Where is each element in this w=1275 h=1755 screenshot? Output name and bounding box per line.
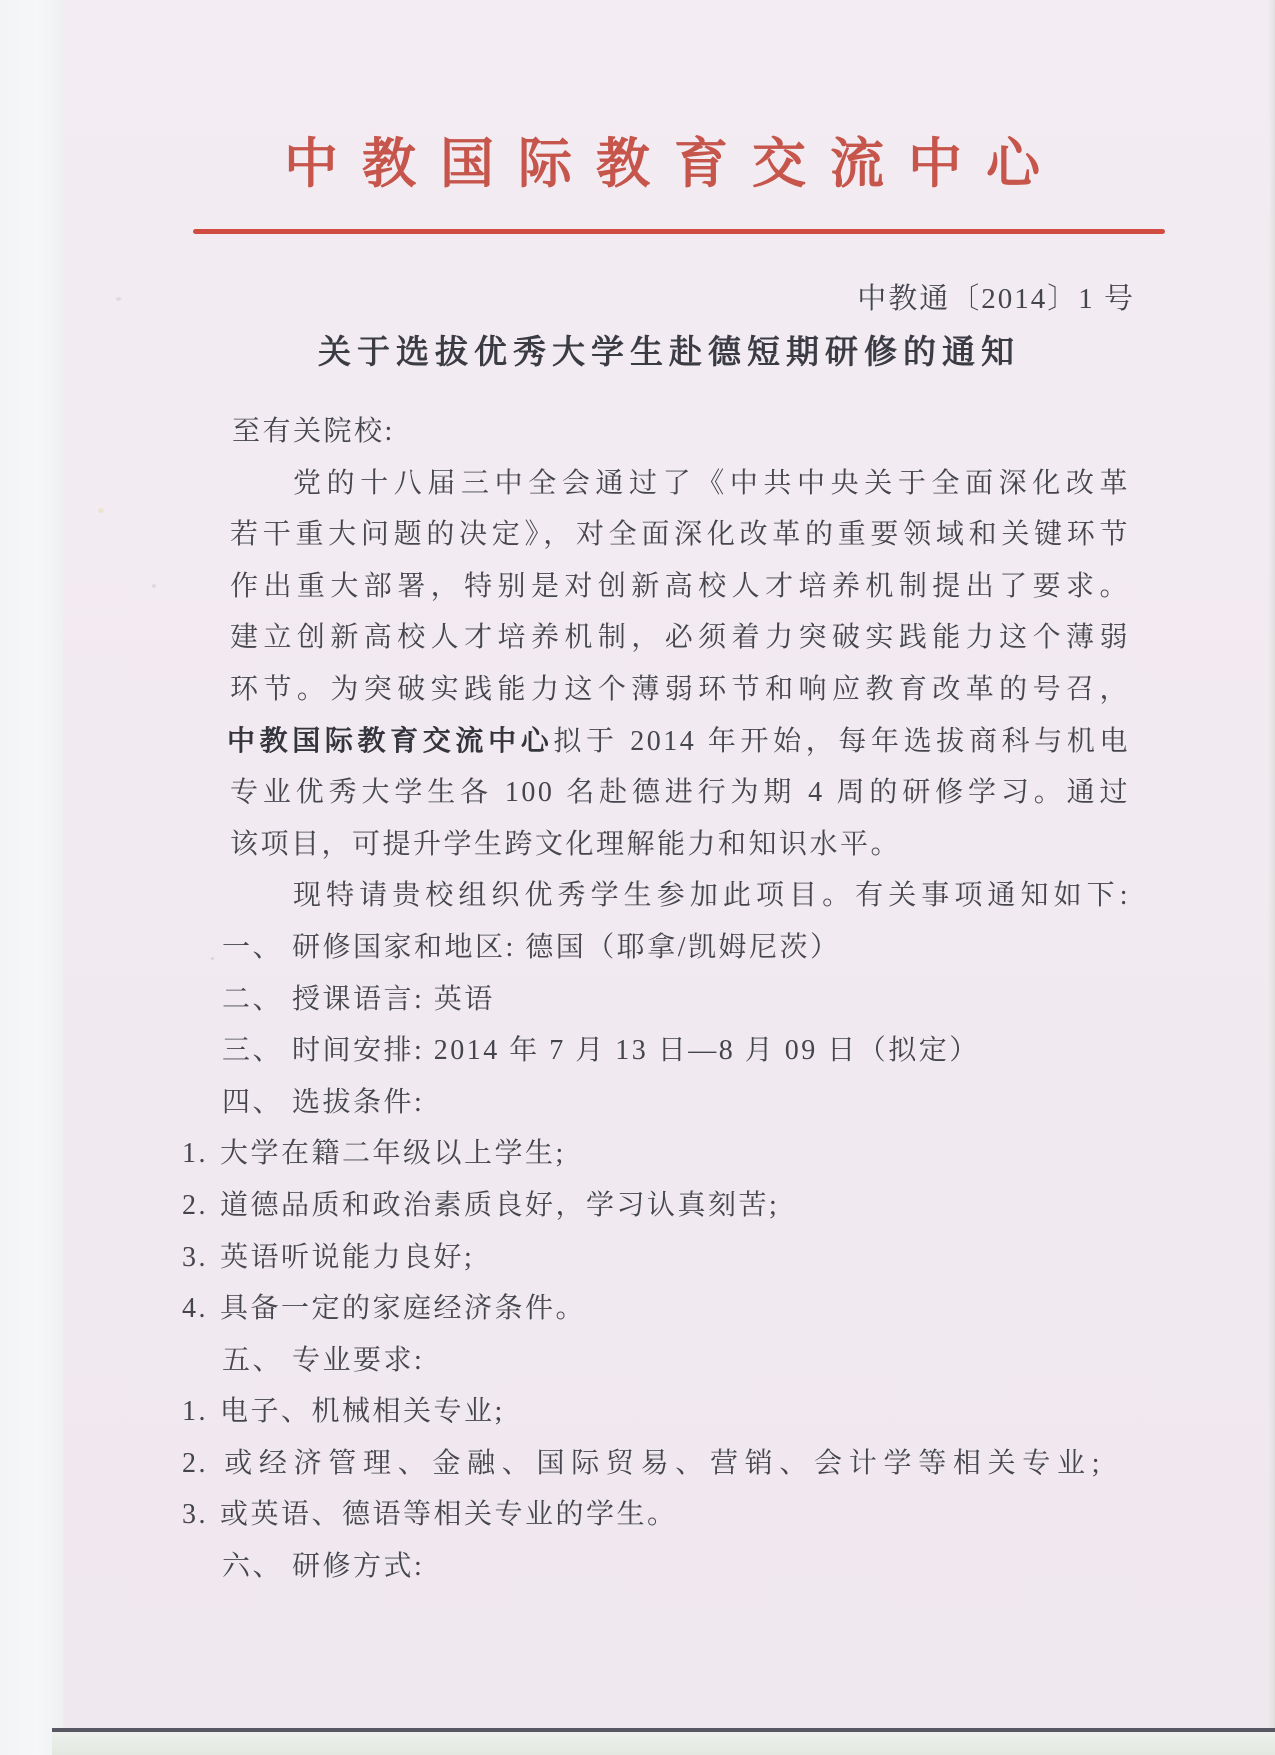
scan-speck <box>116 297 121 301</box>
line-text: 至有关院校: <box>232 416 395 447</box>
masthead-rule <box>193 229 1165 234</box>
scanner-bed-left-strip <box>0 0 63 1755</box>
line-text: 道德品质和政治素质良好，学习认真刻苦; <box>220 1190 779 1221</box>
body-line: 党的十八届三中全会通过了《中共中央关于全面深化改革 <box>63 458 1130 510</box>
line-text: 建立创新高校人才培养机制，必须着力突破实践能力这个薄弱 <box>230 622 1130 653</box>
line-text: 时间安排: 2014 年 7 月 13 日—8 月 09 日（拟定） <box>292 1035 980 1066</box>
notice-body: 至有关院校:党的十八届三中全会通过了《中共中央关于全面深化改革若干重大问题的决定… <box>63 406 1275 1593</box>
line-text: 选拔条件: <box>292 1087 424 1118</box>
line-label: 二、 <box>222 974 292 1026</box>
line-text: 作出重大部署，特别是对创新高校人才培养机制提出了要求。 <box>230 571 1130 602</box>
line-text: 具备一定的家庭经济条件。 <box>220 1293 586 1324</box>
line-text: 专业要求: <box>292 1345 424 1376</box>
line-label: 五、 <box>222 1335 292 1387</box>
body-line: 2.道德品质和政治素质良好，学习认真刻苦; <box>63 1180 1275 1232</box>
body-line: 四、选拔条件: <box>63 1077 1275 1129</box>
paper-right-edge-shadow <box>1268 0 1275 1728</box>
body-line: 3.或英语、德语等相关专业的学生。 <box>63 1489 1275 1541</box>
doc-title: 关于选拔优秀大学生赴德短期研修的通知 <box>63 326 1269 373</box>
line-text: 大学在籍二年级以上学生; <box>220 1138 566 1169</box>
line-text: 党的十八届三中全会通过了《中共中央关于全面深化改革 <box>293 468 1130 499</box>
line-label: 3. <box>182 1489 220 1541</box>
line-text: 该项目，可提升学生跨文化理解能力和知识水平。 <box>230 829 901 860</box>
line-label: 2. <box>182 1438 220 1490</box>
doc-number: 中教通〔2014〕1 号 <box>857 276 1135 317</box>
body-line: 1.电子、机械相关专业; <box>63 1386 1275 1438</box>
body-line: 1.大学在籍二年级以上学生; <box>63 1128 1275 1180</box>
body-line: 专业优秀大学生各 100 名赴德进行为期 4 周的研修学习。通过 <box>63 767 1130 819</box>
body-line: 2.或经济管理、金融、国际贸易、营销、会计学等相关专业; <box>63 1438 1102 1490</box>
body-line: 该项目，可提升学生跨文化理解能力和知识水平。 <box>63 819 1275 871</box>
body-line: 三、时间安排: 2014 年 7 月 13 日—8 月 09 日（拟定） <box>63 1025 1275 1077</box>
body-line: 4.具备一定的家庭经济条件。 <box>63 1283 1275 1335</box>
scan-speck <box>211 957 214 960</box>
line-text: 研修国家和地区: 德国（耶拿/凯姆尼茨） <box>292 932 841 963</box>
line-label: 1. <box>182 1128 220 1180</box>
scan-speck <box>98 508 104 513</box>
line-text: 若干重大问题的决定》，对全面深化改革的重要领域和关键环节 <box>230 519 1130 550</box>
line-label: 1. <box>182 1386 220 1438</box>
body-line: 作出重大部署，特别是对创新高校人才培养机制提出了要求。 <box>63 561 1130 613</box>
line-label: 六、 <box>222 1541 292 1593</box>
body-line: 若干重大问题的决定》，对全面深化改革的重要领域和关键环节 <box>63 509 1130 561</box>
line-text: 拟于 2014 年开始，每年选拔商科与机电 <box>553 726 1130 757</box>
line-text: 研修方式: <box>292 1551 424 1582</box>
body-line: 五、专业要求: <box>63 1335 1275 1387</box>
body-line: 中教国际教育交流中心拟于 2014 年开始，每年选拔商科与机电 <box>63 716 1130 768</box>
org-name-heading: 中教国际教育交流中心 <box>63 134 1261 194</box>
line-text: 专业优秀大学生各 100 名赴德进行为期 4 周的研修学习。通过 <box>230 777 1130 808</box>
bold-org-name-inline: 中教国际教育交流中心 <box>227 726 553 757</box>
scan-speck <box>1006 892 1009 895</box>
line-label: 2. <box>182 1180 220 1232</box>
body-line: 六、研修方式: <box>63 1541 1275 1593</box>
line-label: 一、 <box>222 922 292 974</box>
body-line: 环节。为突破实践能力这个薄弱环节和响应教育改革的号召， <box>63 664 1130 716</box>
body-line: 建立创新高校人才培养机制，必须着力突破实践能力这个薄弱 <box>63 612 1130 664</box>
line-text: 环节。为突破实践能力这个薄弱环节和响应教育改革的号召， <box>230 674 1130 705</box>
line-text: 现特请贵校组织优秀学生参加此项目。有关事项通知如下: <box>293 880 1130 911</box>
body-line: 至有关院校: <box>63 406 1275 458</box>
scanner-bed-bottom-strip <box>52 1732 1275 1755</box>
scan-speck <box>152 584 156 588</box>
line-label: 三、 <box>222 1025 292 1077</box>
body-line: 一、研修国家和地区: 德国（耶拿/凯姆尼茨） <box>63 922 1275 974</box>
line-label: 4. <box>182 1283 220 1335</box>
line-label: 3. <box>182 1232 220 1284</box>
line-label: 四、 <box>222 1077 292 1129</box>
notice-paper: 中教国际教育交流中心 中教通〔2014〕1 号 关于选拔优秀大学生赴德短期研修的… <box>63 0 1275 1728</box>
line-text: 授课语言: 英语 <box>292 984 495 1015</box>
line-text: 或英语、德语等相关专业的学生。 <box>220 1499 678 1530</box>
scanned-notice-page: 中教国际教育交流中心 中教通〔2014〕1 号 关于选拔优秀大学生赴德短期研修的… <box>0 0 1275 1755</box>
body-line: 现特请贵校组织优秀学生参加此项目。有关事项通知如下: <box>63 870 1130 922</box>
line-text: 或经济管理、金融、国际贸易、营销、会计学等相关专业; <box>220 1448 1102 1479</box>
line-text: 电子、机械相关专业; <box>220 1396 505 1427</box>
body-line: 3.英语听说能力良好; <box>63 1232 1275 1284</box>
line-text: 英语听说能力良好; <box>220 1242 474 1273</box>
body-line: 二、授课语言: 英语 <box>63 974 1275 1026</box>
